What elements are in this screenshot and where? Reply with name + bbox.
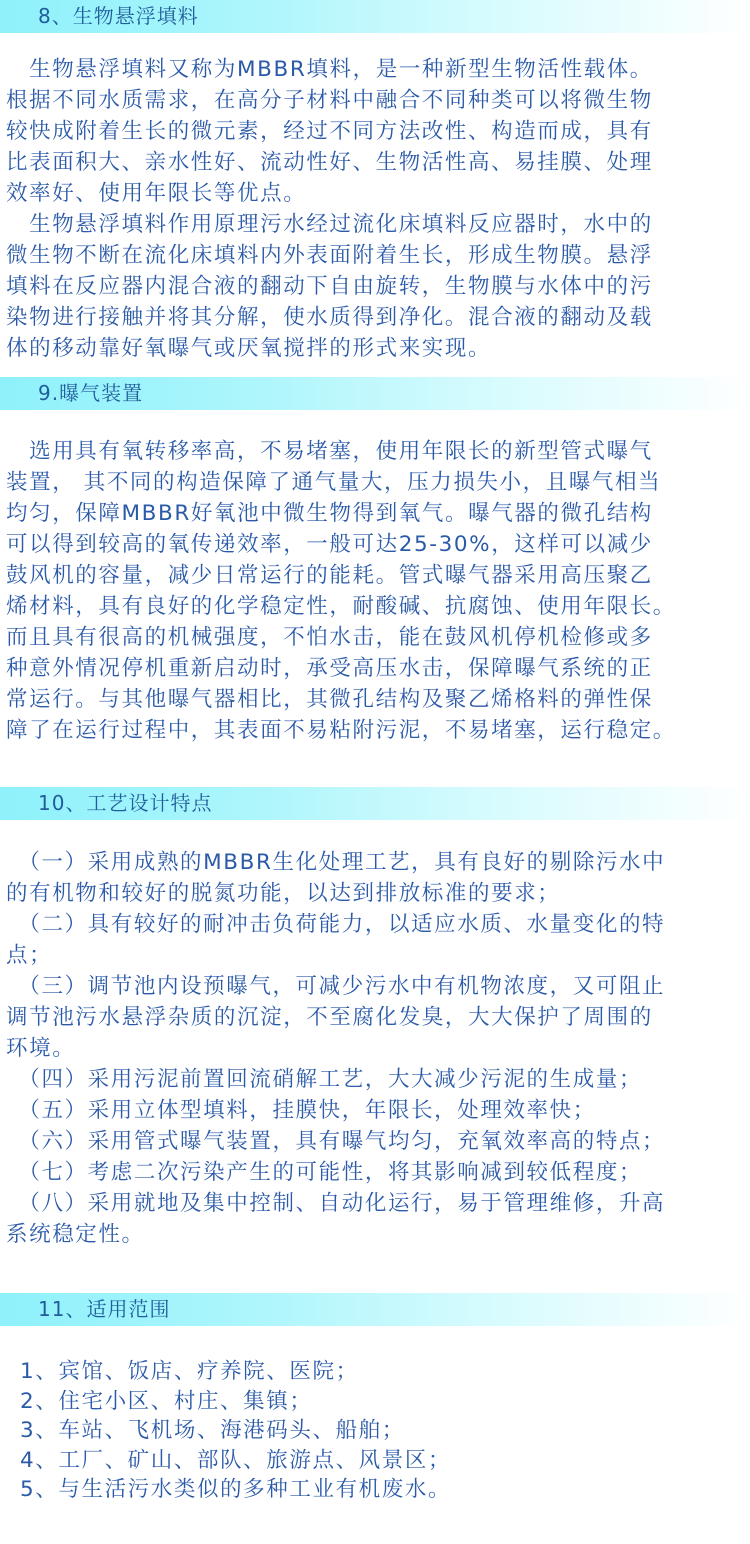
section-8-heading: 8、生物悬浮填料 xyxy=(38,3,199,30)
text-line: 生物悬浮填料作用原理污水经过流化床填料反应器时，水中的 xyxy=(6,209,748,240)
text-line: 染物进行接触并将其分解，使水质得到净化。混合液的翻动及载 xyxy=(6,302,748,333)
text-line: 均匀，保障MBBR好氧池中微生物得到氧气。曝气器的微孔结构 xyxy=(6,498,748,529)
section-8-body: 生物悬浮填料又称为MBBR填料，是一种新型生物活性载体。 根据不同水质需求，在高… xyxy=(6,54,748,364)
text-line: 较快成附着生长的微元素，经过不同方法改性、构造而成，具有 xyxy=(6,116,748,147)
section-9-heading-bar: 9.曝气装置 xyxy=(0,377,750,410)
text-line: （五）采用立体型填料，挂膜快，年限长，处理效率快； xyxy=(6,1095,748,1126)
section-9-heading: 9.曝气装置 xyxy=(38,380,143,407)
section-8-heading-bar: 8、生物悬浮填料 xyxy=(0,0,750,33)
text-line: 比表面积大、亲水性好、流动性好、生物活性高、易挂膜、处理 xyxy=(6,147,748,178)
text-line: （一）采用成熟的MBBR生化处理工艺，具有良好的剔除污水中 xyxy=(6,847,748,878)
text-line: 微生物不断在流化床填料内外表面附着生长，形成生物膜。悬浮 xyxy=(6,240,748,271)
text-line: （三）调节池内设预曝气，可减少污水中有机物浓度，又可阻止 xyxy=(6,971,748,1002)
text-line: 体的移动靠好氧曝气或厌氧搅拌的形式来实现。 xyxy=(6,333,748,364)
text-line: 点； xyxy=(6,940,748,971)
text-line: 效率好、使用年限长等优点。 xyxy=(6,178,748,209)
text-line: （二）具有较好的耐冲击负荷能力，以适应水质、水量变化的特 xyxy=(6,909,748,940)
section-11-heading: 11、适用范围 xyxy=(38,1296,170,1323)
list-item: 5、与生活污水类似的多种工业有机废水。 xyxy=(20,1475,451,1505)
text-line: 鼓风机的容量，减少日常运行的能耗。管式曝气器采用高压聚乙 xyxy=(6,560,748,591)
text-line: （八）采用就地及集中控制、自动化运行，易于管理维修，升高 xyxy=(6,1188,748,1219)
text-line: 根据不同水质需求，在高分子材料中融合不同种类可以将微生物 xyxy=(6,85,748,116)
text-line: 系统稳定性。 xyxy=(6,1219,748,1250)
text-line: 选用具有氧转移率高，不易堵塞，使用年限长的新型管式曝气 xyxy=(6,436,748,467)
text-line: （六）采用管式曝气装置，具有曝气均匀，充氧效率高的特点； xyxy=(6,1126,748,1157)
text-line: （四）采用污泥前置回流硝解工艺，大大减少污泥的生成量； xyxy=(6,1064,748,1095)
text-line: 环境。 xyxy=(6,1033,748,1064)
list-item: 2、住宅小区、村庄、集镇； xyxy=(20,1387,451,1417)
section-11-list: 1、宾馆、饭店、疗养院、医院； 2、住宅小区、村庄、集镇； 3、车站、飞机场、海… xyxy=(20,1357,451,1505)
section-10-heading-bar: 10、工艺设计特点 xyxy=(0,787,750,820)
section-10-heading: 10、工艺设计特点 xyxy=(38,790,212,817)
list-item: 4、工厂、矿山、部队、旅游点、风景区； xyxy=(20,1446,451,1476)
list-item: 3、车站、飞机场、海港码头、船舶； xyxy=(20,1416,451,1446)
text-line: 调节池污水悬浮杂质的沉淀，不至腐化发臭，大大保护了周围的 xyxy=(6,1002,748,1033)
text-line: 生物悬浮填料又称为MBBR填料，是一种新型生物活性载体。 xyxy=(6,54,748,85)
text-line: 烯材料，具有良好的化学稳定性，耐酸碱、抗腐蚀、使用年限长。 xyxy=(6,591,748,622)
text-line: 种意外情况停机重新启动时，承受高压水击，保障曝气系统的正 xyxy=(6,653,748,684)
section-10-body: （一）采用成熟的MBBR生化处理工艺，具有良好的剔除污水中 的有机物和较好的脱氮… xyxy=(6,847,748,1250)
text-line: 障了在运行过程中，其表面不易粘附污泥，不易堵塞，运行稳定。 xyxy=(6,715,748,746)
text-line: 的有机物和较好的脱氮功能，以达到排放标准的要求； xyxy=(6,878,748,909)
text-line: 而且具有很高的机械强度，不怕水击，能在鼓风机停机检修或多 xyxy=(6,622,748,653)
text-line: 可以得到较高的氧传递效率，一般可达25-30%，这样可以减少 xyxy=(6,529,748,560)
text-line: （七）考虑二次污染产生的可能性，将其影响减到较低程度； xyxy=(6,1157,748,1188)
text-line: 填料在反应器内混合液的翻动下自由旋转，生物膜与水体中的污 xyxy=(6,271,748,302)
text-line: 装置， 其不同的构造保障了通气量大，压力损失小，且曝气相当 xyxy=(6,467,748,498)
section-11-heading-bar: 11、适用范围 xyxy=(0,1293,750,1326)
text-line: 常运行。与其他曝气器相比，其微孔结构及聚乙烯格料的弹性保 xyxy=(6,684,748,715)
section-9-body: 选用具有氧转移率高，不易堵塞，使用年限长的新型管式曝气 装置， 其不同的构造保障… xyxy=(6,436,748,746)
list-item: 1、宾馆、饭店、疗养院、医院； xyxy=(20,1357,451,1387)
